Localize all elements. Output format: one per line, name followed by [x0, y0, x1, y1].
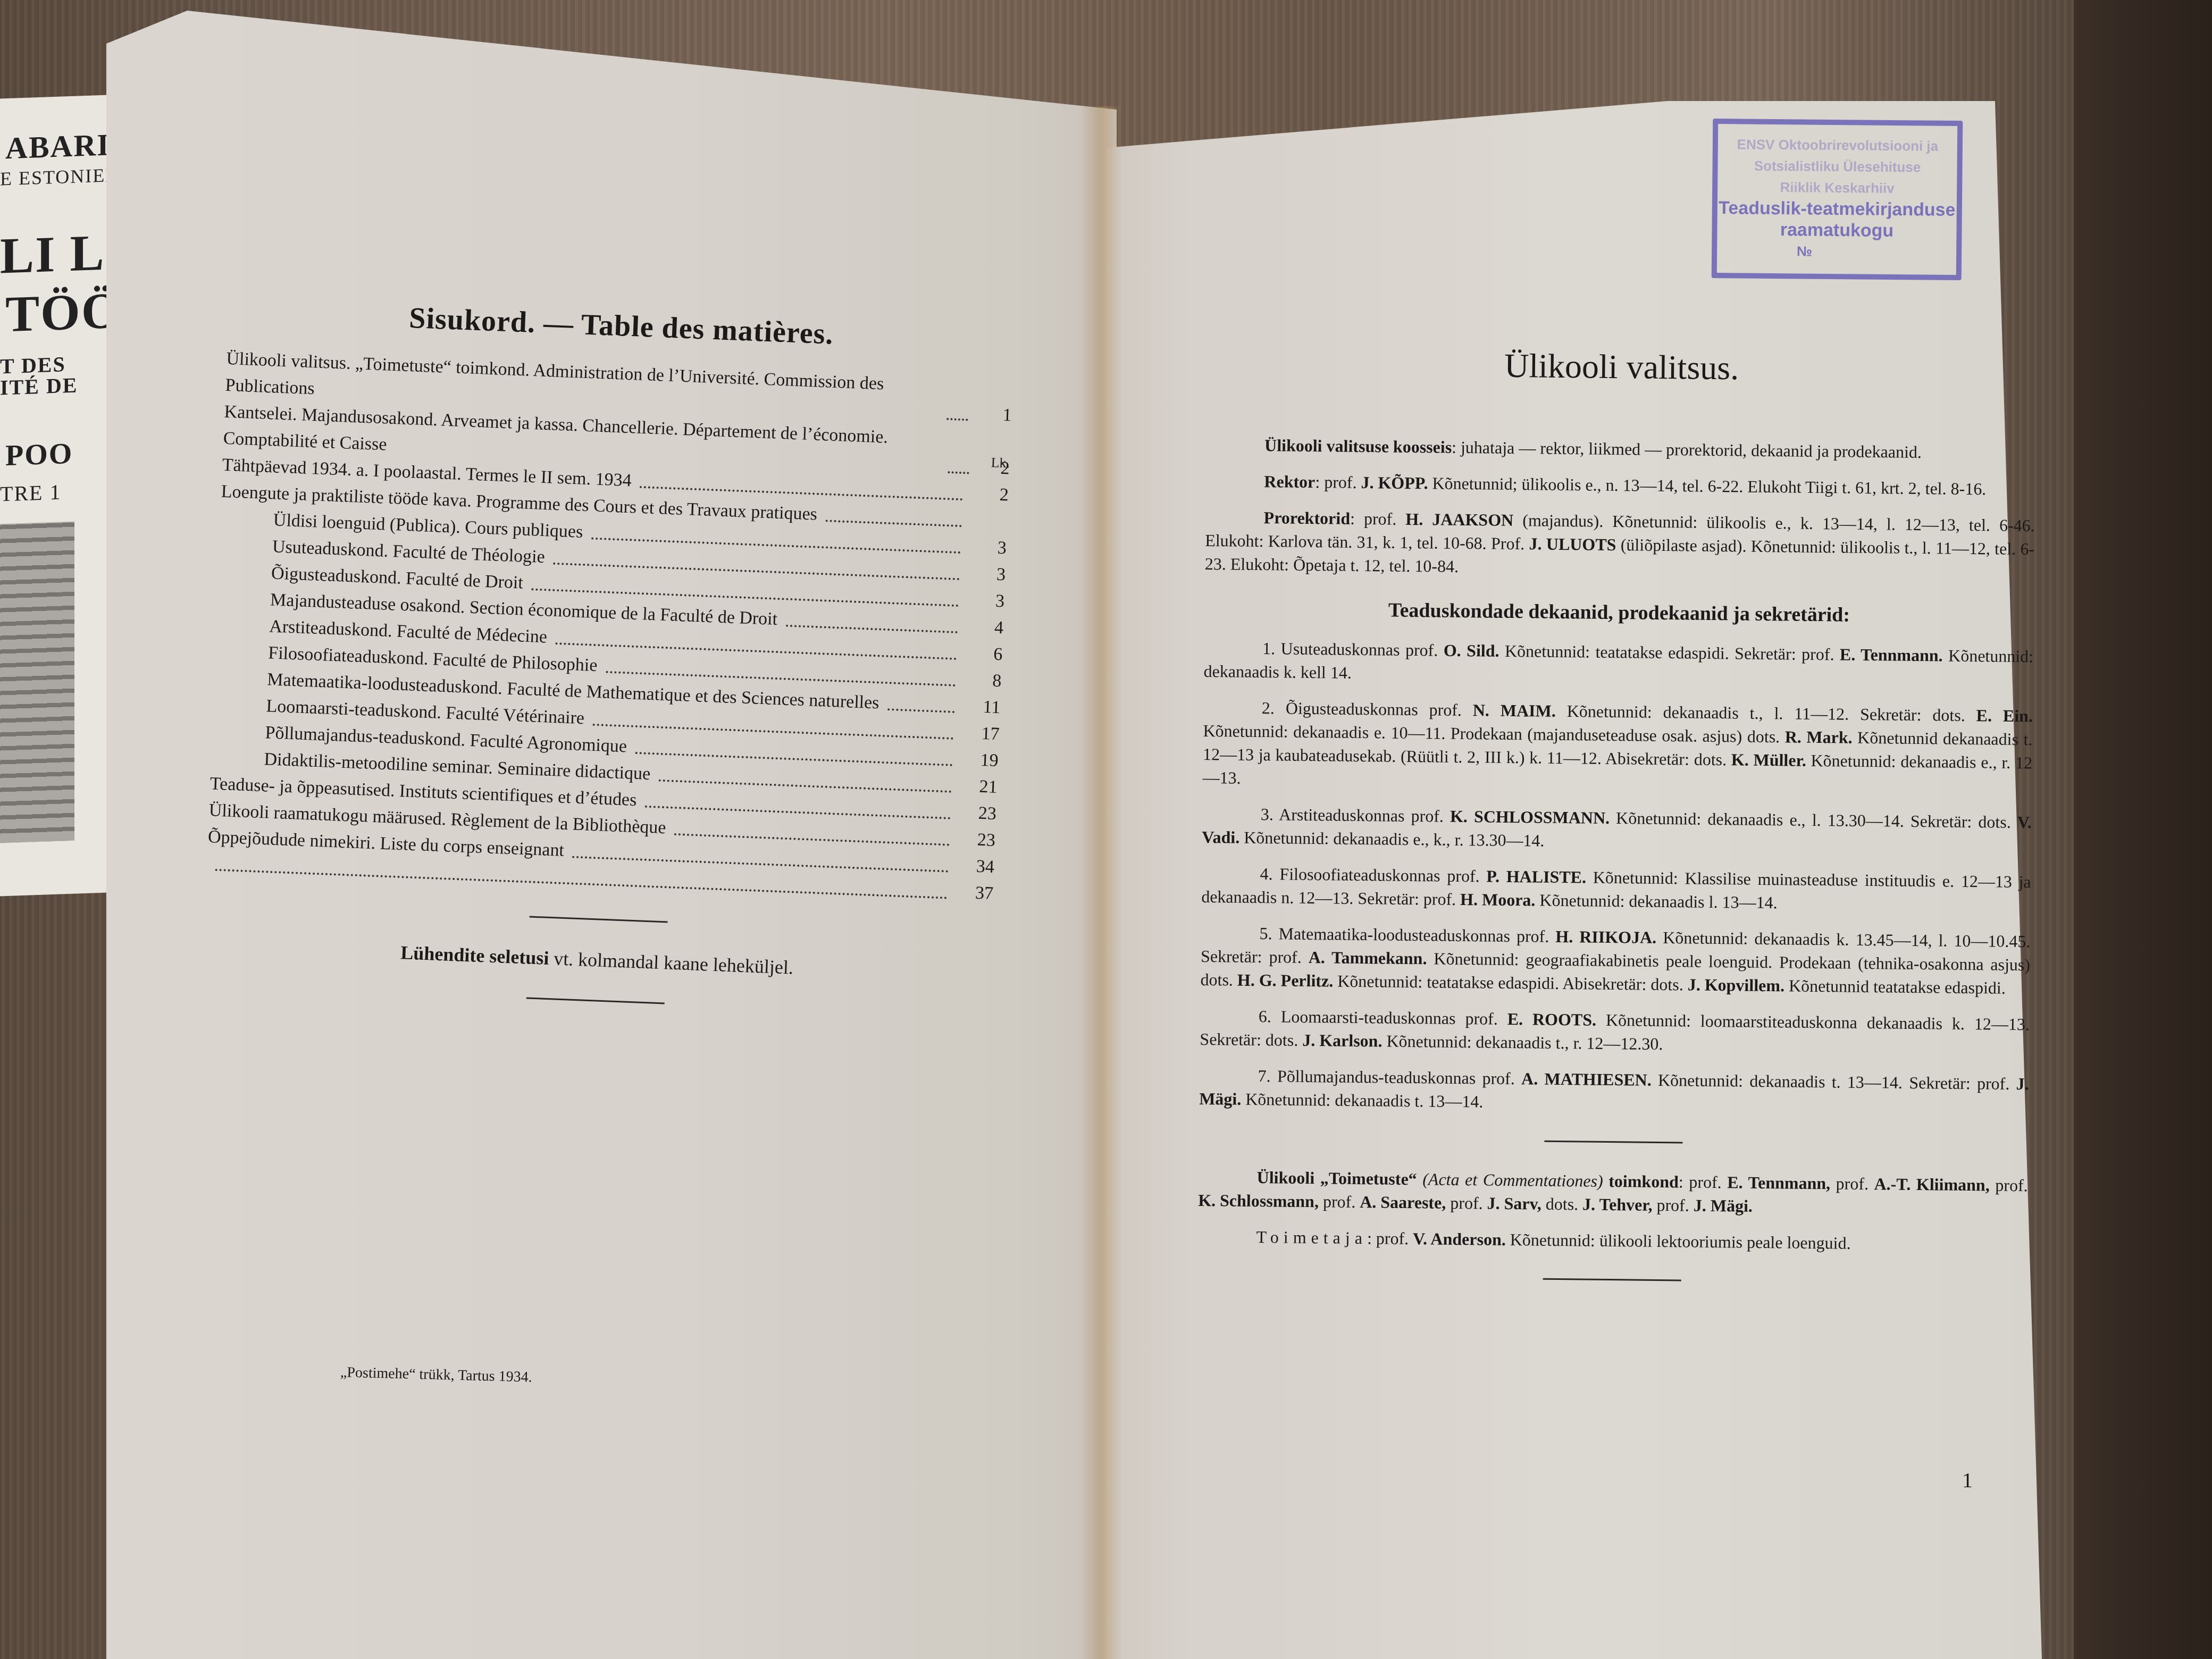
stamp-line: raamatukogu: [1717, 219, 1956, 242]
text: prof.: [1319, 1192, 1360, 1211]
text: : prof.: [1367, 1228, 1413, 1248]
dean-entry: 4. Filosoofiateaduskonnas prof. P. HALIS…: [1201, 861, 2031, 917]
details: Kõnetunnid teatatakse edaspidi.: [1784, 976, 2006, 997]
publications-label: Ülikooli „Toimetuste“: [1257, 1168, 1417, 1188]
faculty: Usuteaduskonnas prof.: [1280, 639, 1444, 659]
leader-dots: [946, 418, 968, 421]
dean-name: A. MATHIESEN.: [1521, 1069, 1652, 1090]
toc-entry-page: 17: [962, 720, 1000, 748]
abbreviations-note: Lühendite seletusi vt. kolmandal kaane l…: [203, 932, 991, 988]
faculty: Õigusteaduskonnas prof.: [1286, 699, 1473, 720]
member-name: J. Sarv,: [1487, 1194, 1541, 1213]
member-name: K. Schlossmann,: [1198, 1191, 1319, 1211]
person-name: K. Müller.: [1731, 750, 1806, 769]
cover-text: TÖÖ: [5, 281, 122, 344]
toc-entry-page: 19: [961, 747, 999, 775]
details: Kõnetunnid: teatatakse edaspidi. Sekretä…: [1499, 641, 1840, 664]
details: Kõnetunnid: dekanaadis e. 10—11. Prodeka…: [1203, 721, 1785, 746]
toc-entry-page: 3: [969, 534, 1007, 562]
stamp-line: ENSV Oktoobrirevolutsiooni ja: [1718, 133, 1957, 157]
faculty: Arstiteaduskonnas prof.: [1279, 805, 1450, 825]
table-shadow: [2074, 0, 2212, 1659]
toc-entry-page: 8: [963, 667, 1002, 695]
details: Kõnetunnid: dekanaadis t., r. 12—12.30.: [1382, 1032, 1663, 1054]
text: prof.: [1446, 1193, 1487, 1213]
cover-text: E ESTONIEN: [0, 164, 120, 190]
cover-text: POO: [5, 437, 73, 473]
vice-rector-name: H. JAAKSON: [1405, 509, 1513, 530]
divider-rule: [1544, 1141, 1682, 1144]
entry-number: 7.: [1258, 1066, 1271, 1085]
details: Kõnetunnid: dekanaadis t. 13—14.: [1241, 1090, 1483, 1111]
latin-title: (Acta et Commentationes): [1417, 1169, 1609, 1191]
dean-name: H. RIIKOJA.: [1555, 927, 1656, 947]
entry-number: 4.: [1260, 864, 1273, 883]
details: Kõnetunnid: dekanaadis l. 13—14.: [1535, 891, 1777, 912]
person-name: J. Karlson.: [1302, 1030, 1382, 1051]
rector-paragraph: Rektor: prof. J. KÕPP. Kõnetunnid; üliko…: [1205, 469, 2035, 501]
faculty: Põllumajandus-teaduskonnas prof.: [1277, 1066, 1522, 1088]
dean-entry: 7. Põllumajandus-teaduskonnas prof. A. M…: [1199, 1063, 2029, 1119]
toc-entry-page: 23: [958, 826, 996, 854]
text: dots.: [1541, 1194, 1583, 1214]
toc-entry-page: 3: [968, 560, 1006, 589]
text: prof.: [1830, 1174, 1874, 1193]
publications-label: toimkond: [1608, 1171, 1679, 1191]
member-name: J. Tehver,: [1582, 1194, 1653, 1214]
toc-entry-page: 1: [976, 401, 1012, 429]
person-name: R. Mark.: [1785, 727, 1853, 747]
library-stamp: ENSV Oktoobrirevolutsiooni ja Sotsialist…: [1712, 119, 1963, 280]
administration-section: Ülikooli valitsus. Ülikooli valitsuse ko…: [1197, 351, 2037, 1311]
toc-entry-page: 37: [956, 879, 994, 907]
text: prof.: [1652, 1195, 1694, 1215]
stamp-line: Sotsialistliku Ülesehituse: [1717, 155, 1957, 178]
vice-rector-name: J. ULUOTS: [1529, 534, 1616, 554]
deans-heading: Teaduskondade dekaanid, prodekaanid ja s…: [1204, 597, 2034, 629]
composition-text: : juhataja — rektor, liikmed — prorektor…: [1452, 438, 1922, 462]
member-name: A. Saareste,: [1360, 1192, 1446, 1212]
toc-entry-page: 3: [967, 587, 1005, 615]
member-name: A.-T. Kliimann,: [1874, 1174, 1990, 1194]
editor-paragraph: Toimetaja: prof. V. Anderson. Kõnetunnid…: [1197, 1225, 2027, 1256]
dean-name: O. Sild.: [1444, 641, 1499, 660]
entry-number: 6.: [1259, 1007, 1271, 1026]
dean-entry: 1. Usuteaduskonnas prof. O. Sild. Kõnetu…: [1203, 636, 2033, 691]
toc-entry-page: 11: [963, 693, 1001, 722]
divider-rule: [530, 916, 668, 923]
text: prof.: [1990, 1175, 2028, 1195]
leader-dots: [786, 625, 958, 633]
dean-name: K. SCHLOSSMANN.: [1450, 807, 1610, 827]
faculty: Filosoofiateaduskonnas prof.: [1279, 864, 1486, 885]
person-name: J. Kopvillem.: [1688, 975, 1785, 995]
entry-number: 5.: [1259, 924, 1272, 943]
stamp-line: Riiklik Keskarhiiv: [1717, 176, 1957, 199]
faculty: Matemaatika-loodusteaduskonnas prof.: [1278, 924, 1555, 945]
member-name: E. Tennmann,: [1727, 1172, 1830, 1193]
editor-name: V. Anderson.: [1413, 1229, 1506, 1249]
editor-label: Toimetaja: [1256, 1227, 1367, 1247]
rector-name: J. KÕPP.: [1361, 473, 1428, 492]
vice-rectors-paragraph: Prorektorid: prof. H. JAAKSON (majandus)…: [1205, 505, 2035, 584]
publications-committee-paragraph: Ülikooli „Toimetuste“ (Acta et Commentat…: [1198, 1165, 2028, 1220]
page-number: 1: [1962, 1468, 1973, 1493]
toc-entry-page: 4: [966, 614, 1004, 642]
cover-text: ITÉ DE: [0, 372, 78, 400]
dean-entry: 6. Loomaarsti-teaduskonnas prof. E. ROOT…: [1200, 1004, 2030, 1059]
details: Kõnetunnid: dekanaadis t., l. 11—12. Sek…: [1556, 701, 1976, 725]
rector-label: Rektor: [1264, 472, 1315, 491]
leader-dots: [887, 708, 954, 713]
dean-name: P. HALISTE.: [1486, 867, 1586, 887]
stamp-number-field: №: [1717, 240, 1956, 263]
stamp-line: Teaduslik-teatmekirjanduse: [1717, 197, 1957, 221]
person-name: A. Tammekann.: [1309, 948, 1427, 968]
toc-entry-page: 21: [960, 773, 998, 801]
rector-details: Kõnetunnid; ülikoolis e., n. 13—14, tel.…: [1428, 473, 1986, 498]
dean-entry: 5. Matemaatika-loodusteaduskonnas prof. …: [1200, 921, 2030, 1000]
faculty: Loomaarsti-teaduskonnas prof.: [1281, 1007, 1507, 1028]
divider-rule: [526, 997, 665, 1004]
vice-rectors-label: Prorektorid: [1264, 508, 1351, 528]
toc-entry-page: 6: [965, 640, 1003, 668]
abbreviations-text: vt. kolmandal kaane leheküljel.: [549, 948, 794, 978]
text: : prof.: [1315, 472, 1361, 492]
book-spine: [1079, 106, 1122, 1659]
toc-entry-page: 2: [971, 481, 1009, 509]
dean-name: N. MAIM.: [1473, 700, 1556, 720]
person-name: E. Tennmann.: [1840, 644, 1943, 665]
entry-number: 3.: [1261, 805, 1273, 824]
text: : prof.: [1679, 1172, 1728, 1192]
cover-photo: [0, 522, 74, 843]
toc-entry-page: 34: [957, 852, 995, 881]
composition-label: Ülikooli valitsuse koosseis: [1264, 435, 1452, 457]
dean-entry: 3. Arstiteaduskonnas prof. K. SCHLOSSMAN…: [1202, 802, 2032, 857]
leader-dots: [825, 520, 961, 527]
page-column-label: Lk.: [991, 449, 1010, 476]
cover-text: ABARII: [5, 127, 123, 166]
member-name: J. Mägi.: [1694, 1196, 1753, 1216]
entry-number: 1.: [1262, 639, 1275, 658]
table-of-contents: Sisukord. — Table des matières. Lk. Ülik…: [201, 298, 1015, 1043]
details: Kõnetunnid: teatatakse edaspidi. Abisekr…: [1333, 971, 1688, 994]
details: Kõnetunnid: dekanaadis e., k., r. 13.30—…: [1239, 828, 1545, 850]
composition-paragraph: Ülikooli valitsuse koosseis: juhataja — …: [1206, 433, 2035, 465]
dean-entry: 2. Õigusteaduskonnas prof. N. MAIM. Kõne…: [1202, 696, 2033, 798]
leader-dots: [948, 471, 969, 474]
entry-number: 2.: [1262, 698, 1275, 717]
person-name: E. Ein.: [1976, 706, 2033, 725]
dean-name: E. ROOTS.: [1507, 1009, 1597, 1029]
divider-rule: [1543, 1278, 1681, 1281]
toc-entry-page: 23: [959, 799, 997, 827]
person-name: H. G. Perlitz.: [1237, 970, 1334, 991]
editor-details: Kõnetunnid: ülikooli lektooriumis peale …: [1506, 1230, 1851, 1253]
details: Kõnetunnid: dekanaadis e., l. 13.30—14. …: [1610, 808, 2017, 832]
person-name: H. Moora.: [1460, 890, 1536, 909]
text: : prof.: [1350, 509, 1406, 529]
abbreviations-label: Lühendite seletusi: [400, 942, 549, 969]
cover-text: TRE 1: [0, 480, 62, 507]
details: Kõnetunnid: dekanaadis t. 13—14. Sekretä…: [1652, 1070, 2016, 1093]
